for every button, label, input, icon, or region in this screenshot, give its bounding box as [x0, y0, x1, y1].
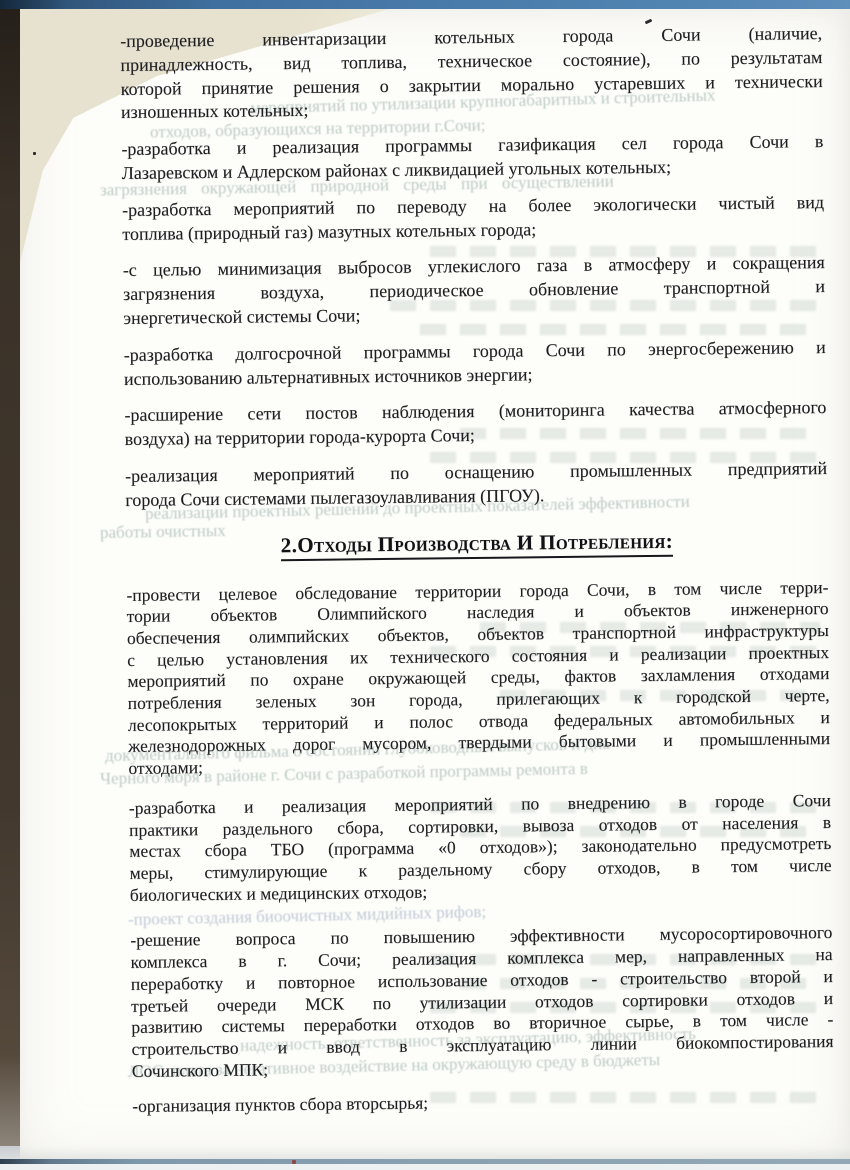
paragraph: -разработка мероприятий по переводу на б…	[122, 191, 824, 247]
document-text: -проведение инвентаризации котельных гор…	[120, 22, 835, 1136]
ink-speck	[292, 1160, 296, 1164]
paragraph: -организация пунктов сбора вторсырья;	[132, 1088, 834, 1118]
scan-bottom-margin	[0, 1164, 850, 1170]
paragraph: -реализация мероприятий по оснащению про…	[125, 457, 827, 513]
scan-left-edge	[0, 0, 20, 1146]
paragraph: -разработка и реализация мероприятий по …	[129, 790, 832, 906]
paragraph: -разработка и реализация программы газиф…	[121, 130, 823, 186]
paragraph: -провести целевое обследование территори…	[126, 577, 830, 780]
section-heading-waste: 2.Отходы Производства И Потребления:	[126, 527, 828, 563]
paragraph: -решение вопроса по повышению эффективно…	[130, 922, 834, 1082]
section-waste-measures: -провести целевое обследование территори…	[126, 577, 834, 1118]
ink-speck	[33, 152, 36, 155]
section-air-measures: -проведение инвентаризации котельных гор…	[120, 22, 827, 512]
paragraph: -разработка долгосрочной программы город…	[124, 336, 826, 392]
scan-top-edge	[0, 0, 850, 9]
paragraph: -с целью минимизация выбросов углекислог…	[123, 251, 826, 330]
paragraph: -проведение инвентаризации котельных гор…	[120, 22, 823, 125]
section-heading-text: 2.Отходы Производства И Потребления:	[281, 528, 674, 560]
text-line: -организация пунктов сбора вторсырья;	[132, 1088, 834, 1118]
paragraph: -расширение сети постов наблюдения (мони…	[124, 396, 826, 452]
scanned-document: мероприятий по утилизации крупногабаритн…	[0, 0, 850, 1170]
